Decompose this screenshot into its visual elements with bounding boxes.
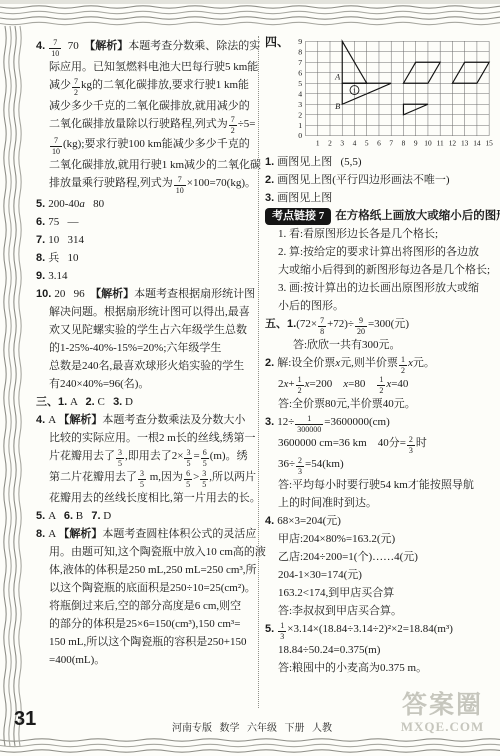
answer-line: 花瓣用去的丝线长度相比,第一片用去的长。 xyxy=(49,489,257,507)
text-run: ×100=70(kg)。 xyxy=(187,177,256,189)
fraction-numerator: 2 xyxy=(407,436,415,446)
fraction-numerator: 3 xyxy=(200,470,208,480)
grid-figure: 0123456789123456789101112131415AB1 xyxy=(289,33,495,151)
fraction: 12 xyxy=(377,376,385,395)
x-axis-tick: 7 xyxy=(389,138,393,147)
text-run: + xyxy=(288,378,294,390)
text-run: A xyxy=(67,396,85,408)
answer-line: 减少72kg的二氧化碳排放,要求行驶1 km能 xyxy=(49,76,257,97)
answer-line: 际应用。已知氢燃料电池大巴每行驶5 km能 xyxy=(49,58,257,76)
text-run: =40 xyxy=(391,378,408,390)
answer-line: 4. 710 70 【解析】本题考查分数乘、除法的实 xyxy=(36,37,257,58)
text-run: 际应用。已知氢燃料电池大巴每行驶5 km能 xyxy=(49,61,258,73)
text-run: =300(元) xyxy=(368,318,409,330)
fraction-numerator: 1 xyxy=(399,356,407,366)
item-number: 6. xyxy=(36,216,48,228)
fraction: 35 xyxy=(116,449,124,468)
answer-line: 欢又见陀螺实验的学生占六年级学生总数 xyxy=(49,321,257,339)
workbook-page: 4. 710 70 【解析】本题考查分数乘、除法的实际应用。已知氢燃料电池大巴每… xyxy=(0,0,500,756)
text-run: 75 — xyxy=(48,216,78,228)
text-run: 大或缩小后得到的新图形每边各是几个格长; xyxy=(278,264,490,276)
text-run: 减少 xyxy=(49,79,71,91)
answer-line: 五、1.(72×78+72)÷920=300(元) xyxy=(265,315,495,336)
text-run: ,所以两片 xyxy=(209,471,256,483)
text-run: 花瓣用去的丝线长度相比,第一片用去的长。 xyxy=(49,492,261,504)
fraction-numerator: 3 xyxy=(138,470,146,480)
answer-line: 5. 13×3.14×(18.84÷3.14÷2)²×2=18.84(m³) xyxy=(265,620,495,641)
answer-line: 上的时间准时到达。 xyxy=(278,494,495,512)
text-run: 答:全价票80元,半价票40元。 xyxy=(278,398,416,410)
answer-line: 710(kg);要求行驶100 km能减少多少千克的 xyxy=(49,135,257,156)
answer-line: 答:全价票80元,半价票40元。 xyxy=(278,395,495,413)
text-run: ×3.14×(18.84÷3.14÷2)²×2=18.84(m³) xyxy=(287,623,453,635)
text-run: 本题考查根据扇形统计图 xyxy=(134,288,255,300)
text-run: 10 314 xyxy=(48,234,84,246)
text-run: 元,则半价票 xyxy=(340,357,398,369)
x-axis-tick: 13 xyxy=(461,138,469,147)
fraction-numerator: 1 xyxy=(377,376,385,386)
x-axis-tick: 3 xyxy=(340,138,344,147)
answer-line: 解决问题。根据扇形统计图可以得出,最喜 xyxy=(49,303,257,321)
answer-line: 2. 画图见上图(平行四边形画法不唯一) xyxy=(265,171,495,189)
fraction-numerator: 1 xyxy=(296,376,304,386)
answer-line: 有240×40%=96(名)。 xyxy=(49,375,257,393)
text-run: 以这个陶瓷瓶的底面积是250÷10=25(cm²)。 xyxy=(49,582,256,594)
answer-line: 3600000 cm=36 km 40分=23时 xyxy=(278,434,495,455)
text-run: 本题考查圆柱体积公式的灵活应 xyxy=(102,528,256,540)
answer-line: 考点链接 7在方格纸上画放大或缩小后的图形 xyxy=(265,207,495,225)
text-run: D xyxy=(101,510,112,522)
watermark: 答案圈 MXQE.COM xyxy=(385,693,500,735)
answer-line: 3. 画图见上图 xyxy=(265,189,495,207)
fraction-numerator: 3 xyxy=(184,449,192,459)
fraction-numerator: 6 xyxy=(201,449,209,459)
bold-label: 【解析】 xyxy=(90,288,134,300)
text-run: ÷5= xyxy=(238,118,256,130)
fraction-denominator: 2 xyxy=(377,386,385,395)
answer-line: 大或缩小后得到的新图形每边各是几个格长; xyxy=(278,261,495,279)
text-run: 乙店:204÷200=1(个)……4(元) xyxy=(278,551,418,563)
fraction: 920 xyxy=(355,317,367,336)
answer-line: 18.84÷50.24=0.375(m) xyxy=(278,641,495,659)
footer-edition-label: 河南专版 数学 六年级 下册 人教 xyxy=(172,719,332,734)
item-number: 8. xyxy=(36,252,48,264)
text-run: 18.84÷50.24=0.375(m) xyxy=(278,644,380,656)
answer-line: 答:李叔叔到甲店买合算。 xyxy=(278,602,495,620)
fraction: 23 xyxy=(296,457,304,476)
bold-label: 【解析】 xyxy=(58,414,102,426)
answer-line: 的1-25%-40%-15%=20%;六年级学生 xyxy=(49,339,257,357)
item-number: 3. xyxy=(113,396,122,408)
text-run: 减少多少千克的二氧化碳排放,就用减少的 xyxy=(49,100,250,112)
answer-line: 7. 10 314 xyxy=(36,231,257,249)
answer-line: 将瓶倒过来后,空的部分高度是6 cm,则空 xyxy=(49,597,257,615)
answer-line: 2. 算:按给定的要求计算出将图形的各边放 xyxy=(278,243,495,261)
watermark-logo-text: 答案圈 xyxy=(385,693,500,719)
text-run: 画图见上图 xyxy=(277,192,332,204)
y-axis-tick: 6 xyxy=(298,68,302,77)
fraction-numerator: 7 xyxy=(50,137,62,147)
fraction: 12 xyxy=(296,376,304,395)
answer-line: 答:平均每小时要行驶54 km才能按照导航 xyxy=(278,476,495,494)
text-run: =3600000(cm) xyxy=(324,416,389,428)
point-label: B xyxy=(335,102,340,111)
text-run: 163.2<174,到甲店买合算 xyxy=(278,587,394,599)
right-answer-lines: 1. 画图见上图 (5,5)2. 画图见上图(平行四边形画法不唯一)3. 画图见… xyxy=(265,153,495,677)
y-axis-tick: 1 xyxy=(298,121,302,130)
answer-line: 答:欣欣一共有300元。 xyxy=(293,336,495,354)
text-run: (m)。绣 xyxy=(210,450,248,462)
fraction-denominator: 2 xyxy=(229,126,237,135)
item-number: 5. xyxy=(36,198,48,210)
answer-line: 1. 看:看原图形边长各是几个格长; xyxy=(278,225,495,243)
answer-line: 的部分的体积是25×6=150(cm³),150 cm³= xyxy=(49,615,257,633)
item-number: 2. xyxy=(265,357,277,369)
watermark-site-text: MXQE.COM xyxy=(385,719,500,735)
answer-line: 答:粮囤中的小麦高为0.375 m。 xyxy=(278,659,495,677)
text-run: 片花瓣用去了 xyxy=(49,450,115,462)
fraction: 13 xyxy=(278,622,286,641)
kaodian-title: 在方格纸上画放大或缩小后的图形 xyxy=(335,210,500,222)
text-run: 比较的实际应用。一根2 m长的丝线,绣第一 xyxy=(49,432,256,444)
text-run: kg的二氧化碳排放,要求行驶1 km能 xyxy=(81,79,249,91)
text-run: 本题考查分数乘、除法的实 xyxy=(128,40,260,52)
item-number: 4. xyxy=(36,40,48,52)
item-number: 4. xyxy=(265,515,277,527)
text-run: (kg);要求行驶100 km能减少多少千克的 xyxy=(63,138,250,150)
answer-line: 片花瓣用去了35,即用去了2×35=65(m)。绣 xyxy=(49,447,257,468)
text-run: 解:设全价票 xyxy=(277,357,335,369)
bold-label: 三、 xyxy=(36,396,58,408)
text-run: 204-1×30=174(元) xyxy=(278,569,362,581)
text-run: 欢又见陀螺实验的学生占六年级学生总数 xyxy=(49,324,247,336)
fraction: 710 xyxy=(50,137,62,156)
text-run: 150 mL,所以这个陶瓷瓶的容积是250+150 xyxy=(49,636,246,648)
page-number: 31 xyxy=(14,708,36,731)
x-axis-tick: 1 xyxy=(316,138,320,147)
answer-line: 二氧化碳排放,就用行驶1 km减少的二氧化碳 xyxy=(49,156,257,174)
item-number: 9. xyxy=(36,270,48,282)
text-run: 二氧化碳排放量除以行驶路程,列式为 xyxy=(49,118,228,130)
text-run: A xyxy=(48,510,64,522)
text-run: B xyxy=(73,510,91,522)
kaodian-badge: 考点链接 7 xyxy=(265,208,331,225)
text-run: =80 xyxy=(348,378,376,390)
text-run: +72)÷ xyxy=(327,318,354,330)
y-axis-tick: 3 xyxy=(298,100,302,109)
text-run: 答:欣欣一共有300元。 xyxy=(293,339,401,351)
answer-line: 204-1×30=174(元) xyxy=(278,566,495,584)
item-number: 2. xyxy=(265,174,277,186)
fraction-numerator: 7 xyxy=(49,39,61,49)
fraction-denominator: 2 xyxy=(72,88,80,97)
fraction-numerator: 7 xyxy=(318,317,326,327)
text-run: m,因为 xyxy=(147,471,183,483)
fraction-denominator: 10 xyxy=(174,186,186,195)
text-run: 3.14 xyxy=(48,270,67,282)
text-run: 排放量乘行驶路程,列式为 xyxy=(49,177,173,189)
fraction-denominator: 5 xyxy=(184,459,192,468)
answer-line: 以这个陶瓷瓶的底面积是250÷10=25(cm²)。 xyxy=(49,579,257,597)
answer-line: 8. 兵 10 xyxy=(36,249,257,267)
answer-line: 用。由题可知,这个陶瓷瓶中放入10 cm高的液 xyxy=(49,543,257,561)
text-run: 将瓶倒过来后,空的部分高度是6 cm,则空 xyxy=(49,600,241,612)
answer-line: 三、1. A 2. C 3. D xyxy=(36,393,257,411)
item-number: 3. xyxy=(265,416,277,428)
text-run: 画图见上图 (5,5) xyxy=(277,156,361,168)
text-run: D xyxy=(122,396,133,408)
text-run: 1. 看:看原图形边长各是几个格长; xyxy=(278,228,438,240)
text-run: 3. 画:按计算出的边长画出原图形放大或缩 xyxy=(278,282,479,294)
x-axis-tick: 11 xyxy=(437,138,444,147)
x-axis-tick: 8 xyxy=(402,138,406,147)
fraction-denominator: 10 xyxy=(49,49,61,58)
fraction-numerator: 7 xyxy=(229,116,237,126)
fraction: 710 xyxy=(49,39,61,58)
y-axis-tick: 5 xyxy=(298,79,302,88)
text-run: 本题考查分数乘法及分数大小 xyxy=(102,414,245,426)
fraction: 710 xyxy=(174,176,186,195)
section-label-four: 四、 xyxy=(265,35,289,49)
bold-label: 【解析】 xyxy=(84,40,128,52)
x-axis-tick: 2 xyxy=(328,138,332,147)
fraction-denominator: 5 xyxy=(184,480,192,489)
answer-line: 第二片花瓣用去了35 m,因为65>35,所以两片 xyxy=(49,468,257,489)
text-run: 第二片花瓣用去了 xyxy=(49,471,137,483)
answer-line: 163.2<174,到甲店买合算 xyxy=(278,584,495,602)
text-run: A xyxy=(48,528,58,540)
fraction-denominator: 8 xyxy=(318,327,326,336)
x-axis-tick: 4 xyxy=(353,138,357,147)
text-run: 3600000 cm=36 km 40分= xyxy=(278,437,406,449)
answer-line: 总数是240名,最喜欢球形火焰实验的学生 xyxy=(49,357,257,375)
fraction-numerator: 7 xyxy=(72,78,80,88)
fraction-denominator: 3 xyxy=(278,632,286,641)
y-axis-tick: 9 xyxy=(298,37,302,46)
bold-label: 【解析】 xyxy=(58,528,102,540)
fraction-numerator: 1 xyxy=(295,415,323,425)
bold-label: 五、 xyxy=(265,318,287,330)
answer-line: 乙店:204÷200=1(个)……4(元) xyxy=(278,548,495,566)
text-run: 答:平均每小时要行驶54 km才能按照导航 xyxy=(278,479,474,491)
text-run: 的1-25%-40%-15%=20%;六年级学生 xyxy=(49,342,221,354)
answer-line: 2. 解:设全价票x元,则半价票12x元。 xyxy=(265,354,495,375)
answer-line: 9. 3.14 xyxy=(36,267,257,285)
x-axis-tick: 12 xyxy=(449,138,457,147)
text-run: = xyxy=(193,450,199,462)
fraction-numerator: 7 xyxy=(174,176,186,186)
fraction: 78 xyxy=(318,317,326,336)
figure-row: 四、 0123456789123456789101112131415AB1 xyxy=(265,33,495,151)
fraction-denominator: 5 xyxy=(201,459,209,468)
fraction: 65 xyxy=(184,470,192,489)
fraction-denominator: 5 xyxy=(138,480,146,489)
text-run: 画图见上图(平行四边形画法不唯一) xyxy=(277,174,449,186)
answer-line: 8. A 【解析】本题考查圆柱体积公式的灵活应 xyxy=(36,525,257,543)
answer-line: 体,液体的体积是250 mL,250 mL=250 cm³,所 xyxy=(49,561,257,579)
fraction-denominator: 5 xyxy=(116,459,124,468)
text-run: 70 xyxy=(62,40,84,52)
fraction-numerator: 1 xyxy=(278,622,286,632)
text-run: =400(mL)。 xyxy=(49,654,105,666)
text-run: C xyxy=(95,396,113,408)
text-run: (72× xyxy=(296,318,317,330)
text-run: 36÷ xyxy=(278,458,295,470)
answer-line: 1. 画图见上图 (5,5) xyxy=(265,153,495,171)
answer-line: 3. 12÷1300000=3600000(cm) xyxy=(265,413,495,434)
answer-line: 6. 75 — xyxy=(36,213,257,231)
fraction: 35 xyxy=(184,449,192,468)
x-axis-tick: 14 xyxy=(473,138,481,147)
left-column: 4. 710 70 【解析】本题考查分数乘、除法的实际应用。已知氢燃料电池大巴每… xyxy=(36,37,257,669)
text-run: 答:李叔叔到甲店买合算。 xyxy=(278,605,402,617)
text-run: 68×3=204(元) xyxy=(277,515,341,527)
right-column: 四、 0123456789123456789101112131415AB1 1.… xyxy=(265,33,495,677)
fraction: 35 xyxy=(138,470,146,489)
text-run: 二氧化碳排放,就用行驶1 km减少的二氧化碳 xyxy=(49,159,261,171)
fraction: 12 xyxy=(399,356,407,375)
answer-line: 比较的实际应用。一根2 m长的丝线,绣第一 xyxy=(49,429,257,447)
answer-line: 2x+12x=200 x=80 12x=40 xyxy=(278,375,495,396)
answer-line: 3. 画:按计算出的边长画出原图形放大或缩 xyxy=(278,279,495,297)
text-run: 12÷ xyxy=(277,416,294,428)
fraction-denominator: 3 xyxy=(407,446,415,455)
item-number: 1. xyxy=(265,156,277,168)
column-divider xyxy=(258,36,259,708)
fraction: 1300000 xyxy=(295,415,323,434)
fraction: 72 xyxy=(72,78,80,97)
text-run: 总数是240名,最喜欢球形火焰实验的学生 xyxy=(49,360,244,372)
item-number: 10. xyxy=(36,288,54,300)
fraction-denominator: 2 xyxy=(296,386,304,395)
answer-line: 10. 20 96 【解析】本题考查根据扇形统计图 xyxy=(36,285,257,303)
fraction-denominator: 20 xyxy=(355,327,367,336)
fraction-denominator: 10 xyxy=(50,147,62,156)
fraction: 65 xyxy=(201,449,209,468)
answer-line: 甲店:204×80%=163.2(元) xyxy=(278,530,495,548)
y-axis-tick: 4 xyxy=(298,89,302,98)
item-number: 7. xyxy=(36,234,48,246)
fraction-denominator: 3 xyxy=(296,467,304,476)
y-axis-tick: 0 xyxy=(298,131,302,140)
fraction-denominator: 5 xyxy=(200,480,208,489)
answer-line: =400(mL)。 xyxy=(49,651,257,669)
item-number: 8. xyxy=(36,528,48,540)
item-number: 7. xyxy=(91,510,100,522)
fraction-numerator: 6 xyxy=(184,470,192,480)
fraction-numerator: 9 xyxy=(355,317,367,327)
answer-line: 小后的图形。 xyxy=(278,297,495,315)
y-axis-tick: 8 xyxy=(298,47,302,56)
text-run: A xyxy=(48,414,58,426)
text-run: 小后的图形。 xyxy=(278,300,344,312)
text-run: 解决问题。根据扇形统计图可以得出,最喜 xyxy=(49,306,250,318)
fraction: 35 xyxy=(200,470,208,489)
text-run: =54(km) xyxy=(305,458,344,470)
answer-line: 4. 68×3=204(元) xyxy=(265,512,495,530)
x-axis-tick: 6 xyxy=(377,138,381,147)
answer-line: 排放量乘行驶路程,列式为710×100=70(kg)。 xyxy=(49,174,257,195)
answer-line: 36÷23=54(km) xyxy=(278,455,495,476)
text-run: 答:粮囤中的小麦高为0.375 m。 xyxy=(278,662,427,674)
text-run: =200 xyxy=(310,378,344,390)
text-run: 上的时间准时到达。 xyxy=(278,497,377,509)
item-number: 2. xyxy=(86,396,95,408)
item-number: 3. xyxy=(265,192,277,204)
item-number: 5. xyxy=(265,623,277,635)
fraction-denominator: 300000 xyxy=(295,425,323,434)
fraction-numerator: 3 xyxy=(116,449,124,459)
text-run: 200-40 xyxy=(48,198,79,210)
answer-line: 4. A 【解析】本题考查分数乘法及分数大小 xyxy=(36,411,257,429)
text-run: > xyxy=(193,471,199,483)
item-number: 1. xyxy=(58,396,67,408)
text-run: 的部分的体积是25×6=150(cm³),150 cm³= xyxy=(49,618,240,630)
point-label: A xyxy=(334,73,341,82)
shape-number-label: 1 xyxy=(353,87,356,94)
x-axis-tick: 5 xyxy=(365,138,369,147)
text-run: 有240×40%=96(名)。 xyxy=(49,378,149,390)
text-run: 80 xyxy=(85,198,104,210)
x-axis-tick: 10 xyxy=(424,138,432,147)
text-run: 兵 10 xyxy=(48,252,78,264)
answer-line: 5. 200-40a 80 xyxy=(36,195,257,213)
y-axis-tick: 2 xyxy=(298,110,302,119)
text-run: 时 xyxy=(416,437,427,449)
x-axis-tick: 15 xyxy=(485,138,493,147)
fraction-denominator: 2 xyxy=(399,366,407,375)
text-run: 体,液体的体积是250 mL,250 mL=250 cm³,所 xyxy=(49,564,257,576)
item-number: 6. xyxy=(64,510,73,522)
item-number: 5. xyxy=(36,510,48,522)
text-run: 用。由题可知,这个陶瓷瓶中放入10 cm高的液 xyxy=(49,546,266,558)
text-run: ,即用去了2× xyxy=(125,450,183,462)
text-run: 元。 xyxy=(413,357,435,369)
fraction: 72 xyxy=(229,116,237,135)
item-number: 1. xyxy=(287,318,296,330)
item-number: 4. xyxy=(36,414,48,426)
fraction: 23 xyxy=(407,436,415,455)
y-axis-tick: 7 xyxy=(298,58,302,67)
text-run: 甲店:204×80%=163.2(元) xyxy=(278,533,395,545)
fraction-numerator: 2 xyxy=(296,457,304,467)
answer-line: 减少多少千克的二氧化碳排放,就用减少的 xyxy=(49,97,257,115)
text-run: 20 96 xyxy=(54,288,90,300)
x-axis-tick: 9 xyxy=(414,138,418,147)
answer-line: 5. A 6. B 7. D xyxy=(36,507,257,525)
answer-line: 150 mL,所以这个陶瓷瓶的容积是250+150 xyxy=(49,633,257,651)
answer-line: 二氧化碳排放量除以行驶路程,列式为72÷5= xyxy=(49,115,257,136)
text-run: 2. 算:按给定的要求计算出将图形的各边放 xyxy=(278,246,479,258)
